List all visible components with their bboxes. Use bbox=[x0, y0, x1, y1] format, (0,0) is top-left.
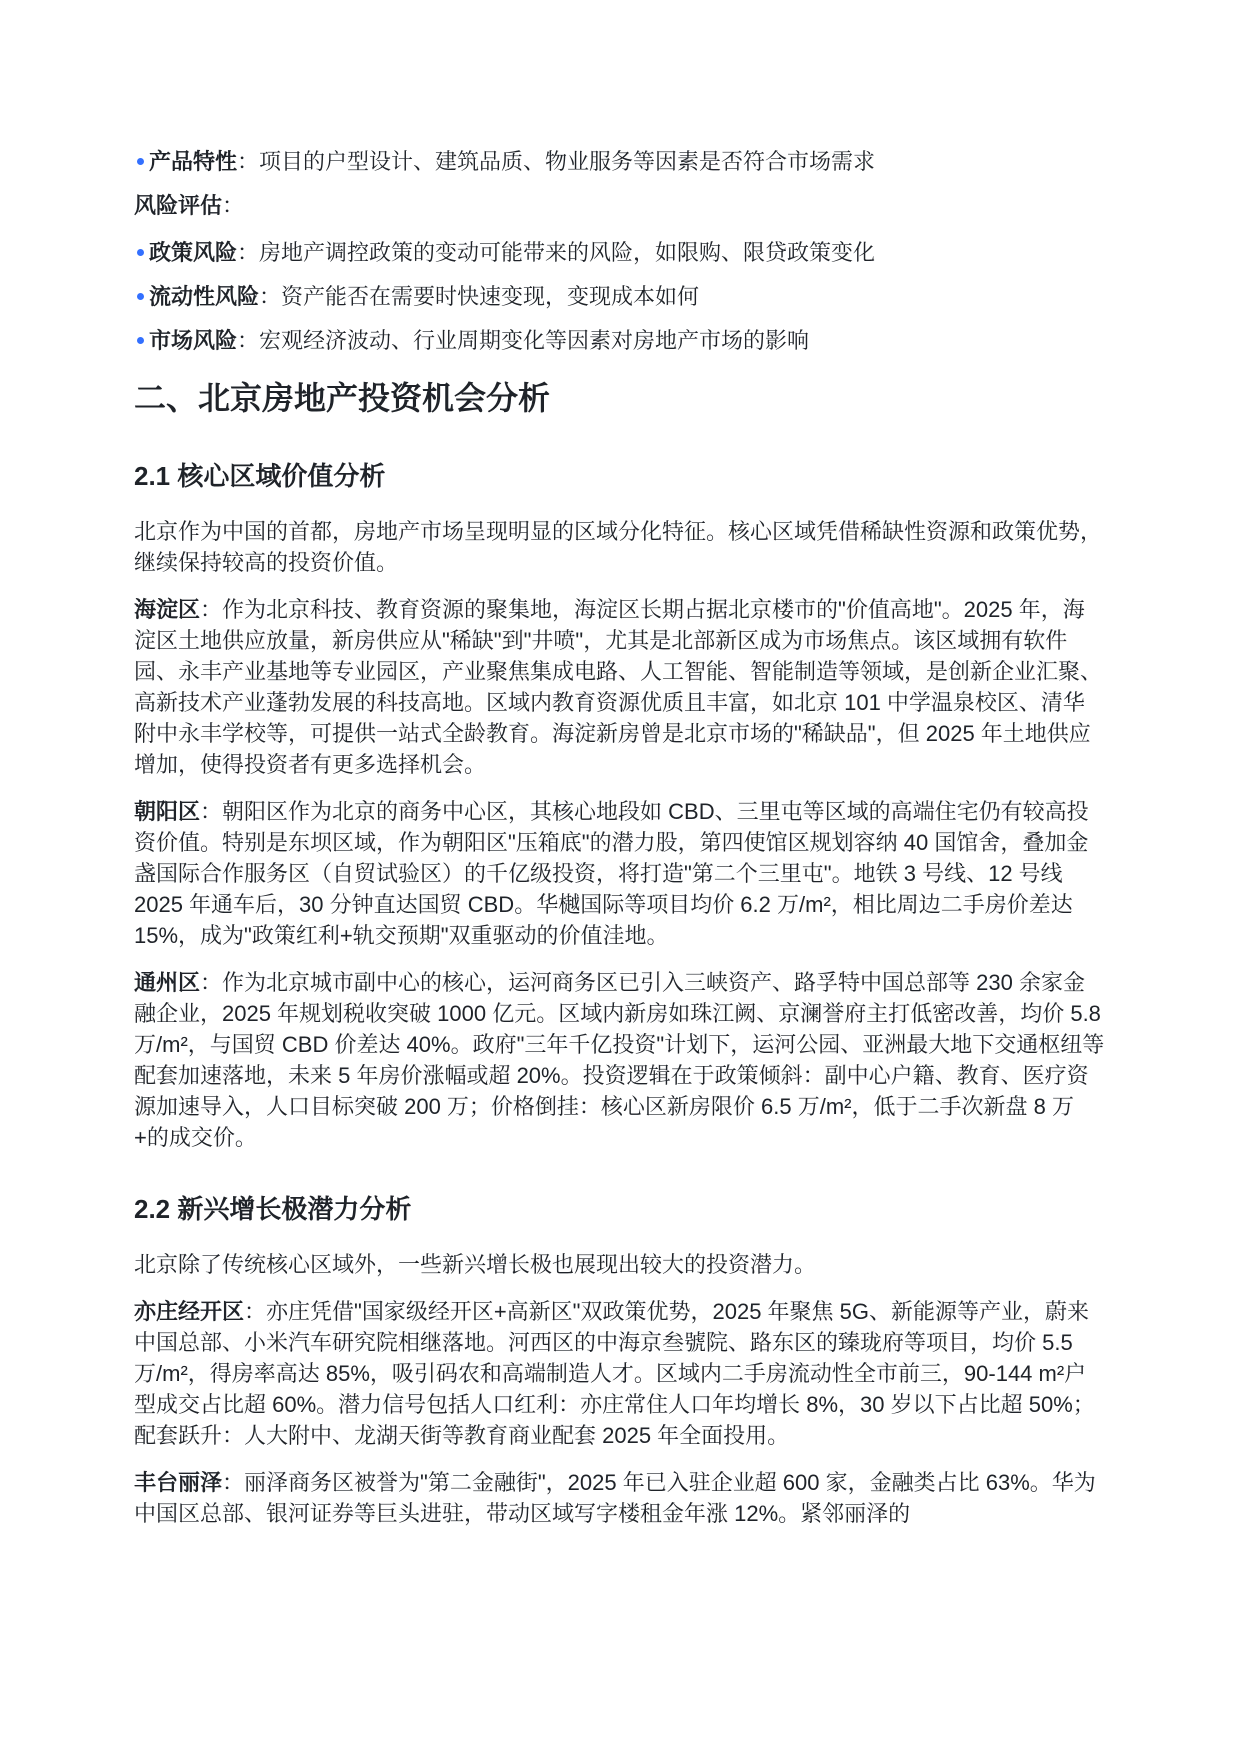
section-heading-2: 二、北京房地产投资机会分析 bbox=[134, 376, 1106, 420]
bullet-dot-icon bbox=[137, 293, 144, 300]
subsection-heading-2-1: 2.1 核心区域价值分析 bbox=[134, 458, 1106, 494]
paragraph-text-yizhuang: ：亦庄凭借"国家级经开区+高新区"双政策优势，2025 年聚焦 5G、新能源等产… bbox=[134, 1299, 1095, 1448]
risk-assessment-lead: 风险评估： bbox=[134, 190, 1106, 221]
document-page: 产品特性：项目的户型设计、建筑品质、物业服务等因素是否符合市场需求 风险评估： … bbox=[0, 0, 1240, 1752]
bullet-dot-icon bbox=[137, 249, 144, 256]
risk-assessment-colon: ： bbox=[222, 193, 244, 218]
paragraph-text-chaoyang: ：朝阳区作为北京的商务中心区，其核心地段如 CBD、三里屯等区域的高端住宅仍有较… bbox=[134, 799, 1089, 948]
bullet-dot-icon bbox=[137, 337, 144, 344]
paragraph-haidian: 海淀区：作为北京科技、教育资源的聚集地，海淀区长期占据北京楼市的"价值高地"。2… bbox=[134, 594, 1106, 780]
bullet-label: 市场风险 bbox=[149, 328, 237, 353]
paragraph-chaoyang: 朝阳区：朝阳区作为北京的商务中心区，其核心地段如 CBD、三里屯等区域的高端住宅… bbox=[134, 796, 1106, 951]
paragraph-label-fengtai-lize: 丰台丽泽 bbox=[134, 1470, 222, 1495]
paragraph-label-haidian: 海淀区 bbox=[134, 597, 200, 622]
paragraph-yizhuang: 亦庄经开区：亦庄凭借"国家级经开区+高新区"双政策优势，2025 年聚焦 5G、… bbox=[134, 1296, 1106, 1451]
paragraph-text-fengtai-lize: ：丽泽商务区被誉为"第二金融街"，2025 年已入驻企业超 600 家，金融类占… bbox=[134, 1470, 1096, 1526]
paragraph-label-yizhuang: 亦庄经开区 bbox=[134, 1299, 244, 1324]
paragraph-text-tongzhou: ：作为北京城市副中心的核心，运河商务区已引入三峡资产、路孚特中国总部等 230 … bbox=[134, 970, 1104, 1150]
paragraph-label-tongzhou: 通州区 bbox=[134, 970, 200, 995]
subsection-heading-2-2: 2.2 新兴增长极潜力分析 bbox=[134, 1191, 1106, 1227]
bullet-item-policy-risk: 政策风险：房地产调控政策的变动可能带来的风险，如限购、限贷政策变化 bbox=[134, 237, 1106, 268]
risk-assessment-label: 风险评估 bbox=[134, 193, 222, 218]
bullet-item-market-risk: 市场风险：宏观经济波动、行业周期变化等因素对房地产市场的影响 bbox=[134, 325, 1106, 356]
document-content: 产品特性：项目的户型设计、建筑品质、物业服务等因素是否符合市场需求 风险评估： … bbox=[0, 0, 1240, 1529]
paragraph-core-area-intro: 北京作为中国的首都，房地产市场呈现明显的区域分化特征。核心区域凭借稀缺性资源和政… bbox=[134, 516, 1106, 578]
bullet-text: ：房地产调控政策的变动可能带来的风险，如限购、限贷政策变化 bbox=[237, 240, 875, 265]
bullet-dot-icon bbox=[137, 158, 144, 165]
bullet-label: 产品特性 bbox=[149, 149, 237, 174]
bullet-label: 流动性风险 bbox=[149, 284, 259, 309]
paragraph-tongzhou: 通州区：作为北京城市副中心的核心，运河商务区已引入三峡资产、路孚特中国总部等 2… bbox=[134, 967, 1106, 1153]
bullet-item-liquidity-risk: 流动性风险：资产能否在需要时快速变现，变现成本如何 bbox=[134, 281, 1106, 312]
paragraph-text-haidian: ：作为北京科技、教育资源的聚集地，海淀区长期占据北京楼市的"价值高地"。2025… bbox=[134, 597, 1102, 777]
paragraph-emerging-intro: 北京除了传统核心区域外，一些新兴增长极也展现出较大的投资潜力。 bbox=[134, 1249, 1106, 1280]
paragraph-label-chaoyang: 朝阳区 bbox=[134, 799, 200, 824]
bullet-label: 政策风险 bbox=[149, 240, 237, 265]
bullet-text: ：宏观经济波动、行业周期变化等因素对房地产市场的影响 bbox=[237, 328, 809, 353]
bullet-text: ：项目的户型设计、建筑品质、物业服务等因素是否符合市场需求 bbox=[237, 149, 875, 174]
paragraph-fengtai-lize: 丰台丽泽：丽泽商务区被誉为"第二金融街"，2025 年已入驻企业超 600 家，… bbox=[134, 1467, 1106, 1529]
bullet-item-product-traits: 产品特性：项目的户型设计、建筑品质、物业服务等因素是否符合市场需求 bbox=[134, 146, 1106, 177]
bullet-text: ：资产能否在需要时快速变现，变现成本如何 bbox=[259, 284, 699, 309]
